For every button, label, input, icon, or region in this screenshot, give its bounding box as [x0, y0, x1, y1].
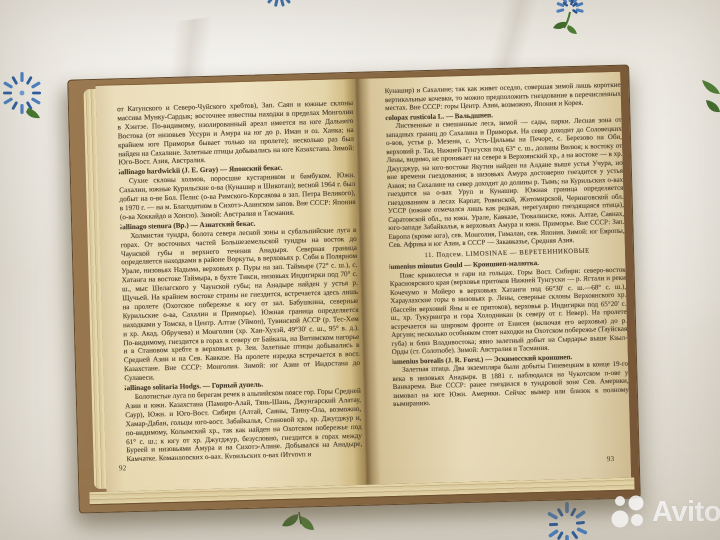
right-page-text: Кунашир) и Сахалине; так как живет оседл… — [385, 81, 631, 455]
species-entry-body: Болотистые луга по берегам речек в альпи… — [125, 387, 363, 461]
avito-watermark: Avito — [610, 494, 720, 530]
species-entry-body: Холмистая тундра, болота севера лесной з… — [120, 226, 360, 384]
page-number-right: 93 — [607, 454, 615, 463]
continuation-paragraph: от Катунского и Северо-Чуйского хребтов)… — [117, 99, 355, 168]
leaf-sprig-bottom-icon — [278, 510, 322, 540]
page-number-left: 92 — [119, 463, 127, 472]
avito-wordmark: Avito — [652, 498, 720, 527]
aster-flower-icon — [0, 64, 52, 124]
species-entry-body: Залетная птица. Два экземпляра были добы… — [392, 360, 629, 409]
left-page-text: от Катунского и Северо-Чуйского хребтов)… — [117, 99, 363, 461]
cornflower-icon — [538, 0, 600, 42]
aster-flower-bottom-icon — [538, 498, 596, 540]
species-entry-body: Сухие склоны холмов, поросшие кустарнико… — [119, 171, 356, 222]
species-entry-body: Лиственные и смешанные леса, зимой — сад… — [385, 116, 624, 250]
open-book: от Катунского и Северо-Чуйского хребтов)… — [67, 64, 641, 513]
species-entry-body: Пояс криволесья и гари на гольцах. Горы … — [390, 265, 628, 356]
avito-logo-icon — [610, 494, 648, 530]
leaf-sprig-right-icon — [696, 78, 720, 122]
partial-flower-top-icon — [256, 0, 302, 14]
